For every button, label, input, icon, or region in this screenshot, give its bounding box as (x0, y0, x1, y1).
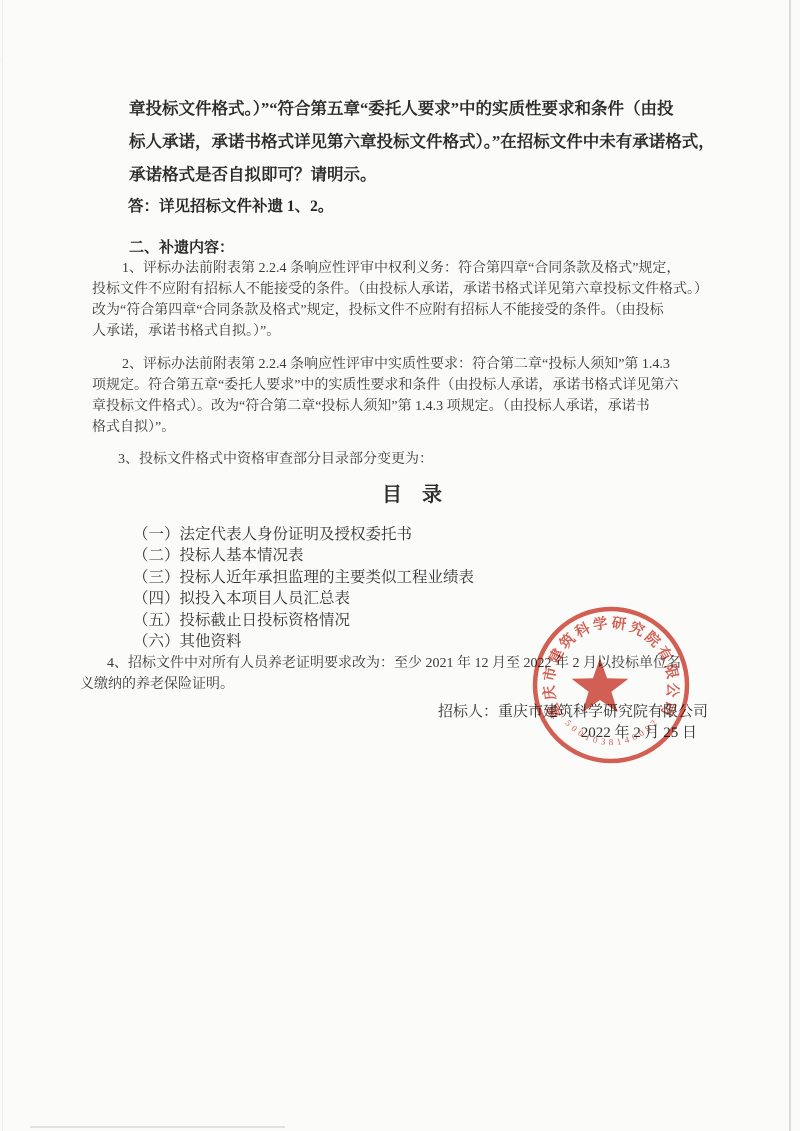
question-line: 标人承诺，承诺书格式详见第六章投标文件格式）。”在招标文件中未有承诺格式， (129, 125, 715, 158)
seal-star-icon (572, 658, 629, 712)
question-line: 章投标文件格式。）”“符合第五章“委托人要求”中的实质性要求和条件（由投 (129, 92, 715, 125)
paragraph-line: 项规定。符合第五章“委托人要求”中的实质性要求和条件（由投标人承诺，承诺书格式详… (92, 375, 678, 396)
scan-smudge-bottom (30, 1126, 285, 1128)
toc-entry: （三）投标人近年承担监理的主要类似工程业绩表 (133, 567, 474, 588)
supplement-item-1: 1、评标办法前附表第 2.2.4 条响应性评审中权利义务：符合第四章“合同条款及… (92, 258, 708, 342)
question-continuation-paragraph: 章投标文件格式。）”“符合第五章“委托人要求”中的实质性要求和条件（由投标人承诺… (129, 92, 715, 191)
toc-entry: （四）拟投入本项目人员汇总表 (133, 588, 474, 609)
paragraph-line: 人承诺，承诺书格式自拟。）”。 (92, 321, 708, 342)
paragraph-line: 1、评标办法前附表第 2.2.4 条响应性评审中权利义务：符合第四章“合同条款及… (92, 258, 708, 279)
company-seal: 重庆市建筑科学研究院有限公司 5001038146082 (527, 603, 699, 769)
scan-edge-left (2, 0, 3, 1131)
toc-entry: （六）其他资料 (133, 631, 474, 652)
toc-title: 目 录 (104, 478, 720, 507)
paragraph-line: 改为“符合第四章“合同条款及格式”规定，投标文件不应附有招标人不能接受的条件。（… (92, 300, 708, 321)
toc-entry: （一）法定代表人身份证明及授权委托书 (133, 524, 474, 545)
section-heading-supplement-content: 二、补遗内容： (129, 236, 234, 257)
paragraph-line: 2、评标办法前附表第 2.2.4 条响应性评审中实质性要求：符合第二章“投标人须… (92, 354, 678, 375)
paragraph-line: 投标文件不应附有招标人不能接受的条件。（由投标人承诺，承诺书格式详见第六章投标文… (92, 279, 708, 300)
toc-entry: （二）投标人基本情况表 (133, 545, 474, 566)
paragraph-line: 格式自拟）”。 (92, 417, 678, 438)
scan-edge-right (789, 0, 791, 1131)
supplement-item-2: 2、评标办法前附表第 2.2.4 条响应性评审中实质性要求：符合第二章“投标人须… (92, 354, 678, 438)
seal-number-text: 5001038146082 (563, 718, 658, 747)
supplement-item-3: 3、投标文件格式中资格审查部分目录部分变更为： (92, 449, 433, 470)
scanned-document-page: 章投标文件格式。）”“符合第五章“委托人要求”中的实质性要求和条件（由投标人承诺… (0, 0, 800, 1131)
toc-entry: （五）投标截止日投标资格情况 (133, 610, 474, 631)
question-line: 承诺格式是否自拟即可？请明示。 (129, 158, 715, 191)
answer-line: 答：详见招标文件补遗 1、2。 (128, 194, 333, 216)
toc-list: （一）法定代表人身份证明及授权委托书（二）投标人基本情况表（三）投标人近年承担监… (133, 524, 474, 652)
paragraph-line: 章投标文件格式）。改为“符合第二章“投标人须知”第 1.4.3 项规定。（由投标… (92, 396, 678, 417)
scan-scratch-artifact (0, 60, 1, 174)
